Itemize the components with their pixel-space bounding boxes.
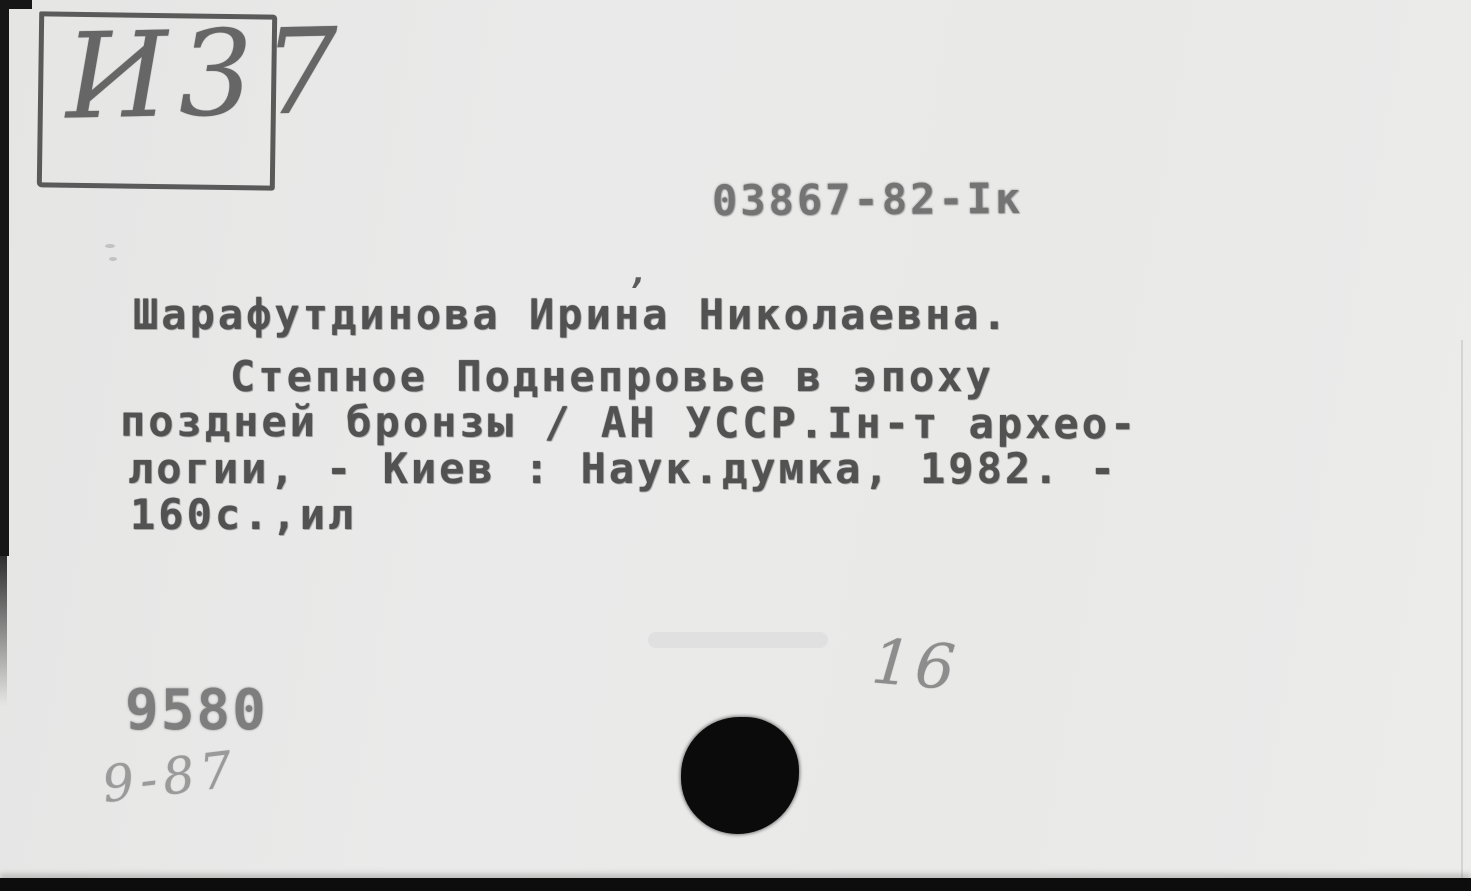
paper-smudge bbox=[648, 632, 828, 648]
scanned-catalog-card: И37 03867-82-Ік ʼ Шарафутдинова Ирина Ни… bbox=[0, 0, 1471, 891]
scan-edge-left bbox=[0, 0, 9, 556]
title-line-1: Степное Поднепровье в эпоху bbox=[230, 354, 994, 400]
title-line-3: логии, - Киев : Наук.думка, 1982. - bbox=[128, 446, 1118, 492]
paper-speck bbox=[105, 244, 115, 248]
author-name: Шарафутдинова Ирина Николаевна. bbox=[133, 292, 1010, 338]
title-line-2: поздней бронзы / АН УССР.Ін-т архео- bbox=[120, 399, 1138, 448]
handwritten-page-number: 16 bbox=[869, 624, 962, 704]
hole-punch-mark bbox=[681, 717, 799, 834]
scan-edge-top-corner bbox=[0, 0, 32, 9]
paper-speck bbox=[109, 257, 117, 261]
classification-box: И37 bbox=[37, 11, 277, 190]
title-line-4: 160с.,ил bbox=[130, 492, 356, 538]
catalog-number: 03867-82-Ік bbox=[712, 176, 1023, 224]
classification-mark: И37 bbox=[64, 2, 350, 146]
handwritten-note: 9-87 bbox=[99, 740, 241, 814]
scan-edge-right bbox=[1461, 340, 1463, 878]
scan-edge-left-fade bbox=[0, 556, 7, 706]
inventory-number: 9580 bbox=[125, 688, 268, 734]
scan-edge-bottom bbox=[0, 878, 1471, 891]
